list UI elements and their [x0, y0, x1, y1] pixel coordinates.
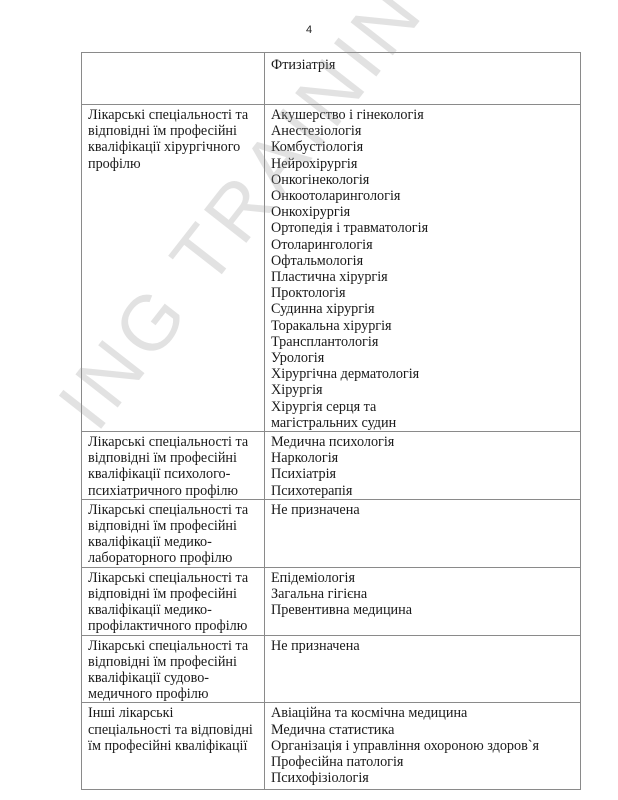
specialty-item: Хірургія	[271, 382, 575, 398]
specialty-item: Психотерапія	[271, 483, 575, 499]
specialty-item: Медична психологія	[271, 434, 575, 450]
specialty-item: Комбустіологія	[271, 139, 575, 155]
specialty-item: Нейрохірургія	[271, 156, 575, 172]
table-row: Лікарські спеціальності та відповідні їм…	[82, 635, 581, 703]
table-row: Лікарські спеціальності та відповідні їм…	[82, 499, 581, 567]
category-cell: Лікарські спеціальності та відповідні їм…	[82, 499, 265, 567]
specialty-item: Фтизіатрія	[271, 57, 575, 73]
page-number: 4	[0, 24, 618, 36]
specialty-item: Акушерство і гінекологія	[271, 107, 575, 123]
specialty-item: Офтальмологія	[271, 253, 575, 269]
table-row: Фтизіатрія	[82, 53, 581, 105]
specialty-item: Не призначена	[271, 638, 575, 654]
category-cell: Лікарські спеціальності та відповідні їм…	[82, 567, 265, 635]
category-cell: Лікарські спеціальності та відповідні їм…	[82, 432, 265, 500]
table-row: Лікарські спеціальності та відповідні їм…	[82, 105, 581, 432]
specialty-item: Превентивна медицина	[271, 602, 575, 618]
specialty-item: Хірургія серця та	[271, 399, 575, 415]
specialty-item: Онкохірургія	[271, 204, 575, 220]
table-body: ФтизіатріяЛікарські спеціальності та від…	[82, 53, 581, 790]
specialties-cell: Не призначена	[265, 499, 581, 567]
specialty-item: Епідеміологія	[271, 570, 575, 586]
specialty-item: Загальна гігієна	[271, 586, 575, 602]
specialty-item: Не призначена	[271, 502, 575, 518]
specialty-item: Онкоотоларингологія	[271, 188, 575, 204]
specialty-item: Психофізіологія	[271, 770, 575, 786]
specialties-table: ФтизіатріяЛікарські спеціальності та від…	[81, 52, 581, 790]
specialty-item: Трансплантологія	[271, 334, 575, 350]
table-row: Інші лікарські спеціальності та відповід…	[82, 703, 581, 790]
specialties-cell: ЕпідеміологіяЗагальна гігієнаПревентивна…	[265, 567, 581, 635]
specialties-cell: Фтизіатрія	[265, 53, 581, 105]
category-cell: Інші лікарські спеціальності та відповід…	[82, 703, 265, 790]
specialties-cell: Медична психологіяНаркологіяПсихіатріяПс…	[265, 432, 581, 500]
specialty-item: Психіатрія	[271, 466, 575, 482]
specialty-item: Ортопедія і травматологія	[271, 220, 575, 236]
specialty-item: магістральних судин	[271, 415, 575, 431]
specialty-item: Отоларингологія	[271, 237, 575, 253]
specialty-item: Авіаційна та космічна медицина	[271, 705, 575, 721]
specialties-cell: Авіаційна та космічна медицинаМедична ст…	[265, 703, 581, 790]
specialties-cell: Не призначена	[265, 635, 581, 703]
table-row: Лікарські спеціальності та відповідні їм…	[82, 567, 581, 635]
specialty-item: Проктологія	[271, 285, 575, 301]
specialties-cell: Акушерство і гінекологіяАнестезіологіяКо…	[265, 105, 581, 432]
specialty-item: Хірургічна дерматологія	[271, 366, 575, 382]
category-cell: Лікарські спеціальності та відповідні їм…	[82, 105, 265, 432]
specialty-item: Наркологія	[271, 450, 575, 466]
specialty-item: Пластична хірургія	[271, 269, 575, 285]
specialty-item: Судинна хірургія	[271, 301, 575, 317]
specialty-item: Організація і управління охороною здоров…	[271, 738, 575, 754]
specialty-item: Урологія	[271, 350, 575, 366]
specialty-item: Торакальна хірургія	[271, 318, 575, 334]
specialty-item: Медична статистика	[271, 722, 575, 738]
specialty-item: Анестезіологія	[271, 123, 575, 139]
specialty-item: Онкогінекологія	[271, 172, 575, 188]
category-cell: Лікарські спеціальності та відповідні їм…	[82, 635, 265, 703]
specialty-item: Професійна патологія	[271, 754, 575, 770]
table-row: Лікарські спеціальності та відповідні їм…	[82, 432, 581, 500]
category-cell	[82, 53, 265, 105]
